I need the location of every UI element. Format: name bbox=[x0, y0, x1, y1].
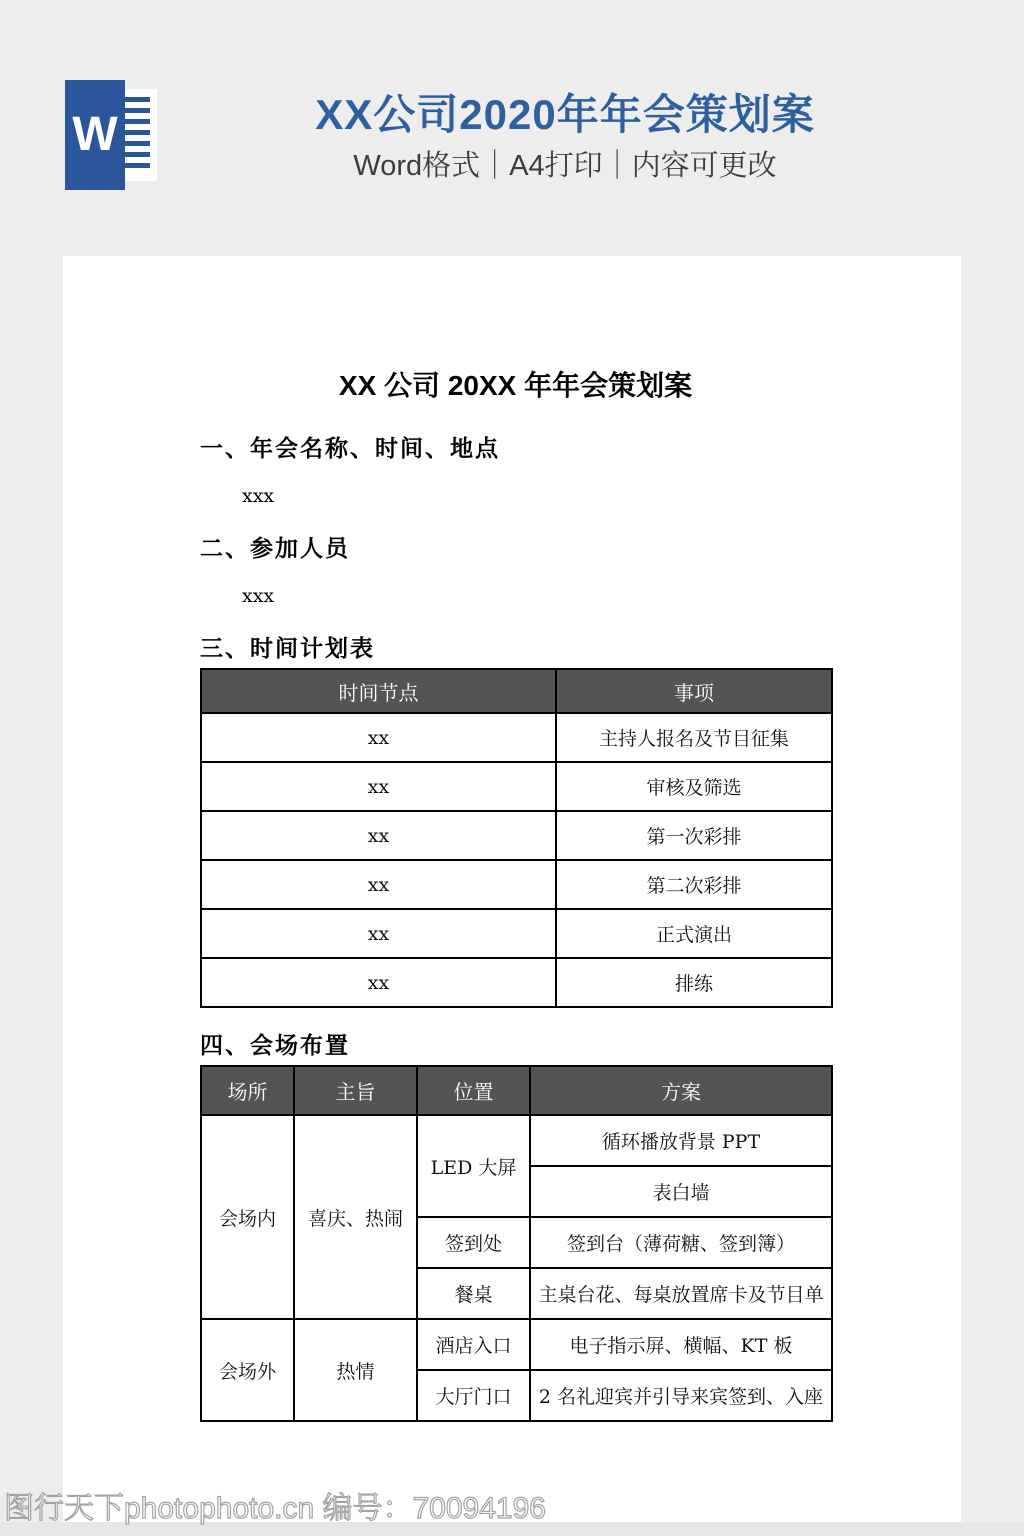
venue-header-plan: 方案 bbox=[530, 1066, 832, 1115]
table-row: xx 排练 bbox=[201, 958, 832, 1007]
venue-cell-plan: 循环播放背景 PPT bbox=[530, 1115, 832, 1166]
table-row: xx 审核及筛选 bbox=[201, 762, 832, 811]
schedule-cell: 第一次彩排 bbox=[556, 811, 832, 860]
schedule-cell: 审核及筛选 bbox=[556, 762, 832, 811]
schedule-cell: xx bbox=[201, 909, 556, 958]
section-heading-2: 二、参加人员 bbox=[200, 537, 831, 560]
venue-cell-place-outdoor: 会场外 bbox=[201, 1319, 294, 1421]
word-letter: W bbox=[72, 111, 117, 159]
table-row: xx 主持人报名及节目征集 bbox=[201, 713, 832, 762]
section-heading-1: 一、年会名称、时间、地点 bbox=[200, 437, 831, 460]
venue-table: 场所 主旨 位置 方案 会场内 喜庆、热闹 LED 大屏 循环播放背景 PPT … bbox=[200, 1065, 833, 1422]
word-blue-panel: W bbox=[65, 80, 125, 190]
template-title: XX公司2020年年会策划案 bbox=[315, 92, 814, 138]
venue-cell-plan: 主桌台花、每桌放置席卡及节目单 bbox=[530, 1268, 832, 1319]
venue-cell-location: 酒店入口 bbox=[417, 1319, 530, 1370]
venue-header-theme: 主旨 bbox=[294, 1066, 417, 1115]
venue-cell-place-indoor: 会场内 bbox=[201, 1115, 294, 1319]
schedule-cell: 排练 bbox=[556, 958, 832, 1007]
table-row: xx 正式演出 bbox=[201, 909, 832, 958]
schedule-cell: xx bbox=[201, 762, 556, 811]
venue-header-location: 位置 bbox=[417, 1066, 530, 1115]
venue-cell-theme-outdoor: 热情 bbox=[294, 1319, 417, 1421]
document-page: XX 公司 20XX 年年会策划案 一、年会名称、时间、地点 xxx 二、参加人… bbox=[63, 256, 961, 1522]
schedule-cell: 主持人报名及节目征集 bbox=[556, 713, 832, 762]
schedule-header-row: 时间节点 事项 bbox=[201, 669, 832, 713]
site-watermark: 图行天下photophoto.cn 编号：70094196 bbox=[4, 1492, 546, 1525]
venue-cell-location: 签到处 bbox=[417, 1217, 530, 1268]
site-header: W XX公司2020年年会策划案 Word格式｜A4打印｜内容可更改 bbox=[0, 0, 1024, 230]
table-row: 会场外 热情 酒店入口 电子指示屏、横幅、KT 板 bbox=[201, 1319, 832, 1370]
schedule-cell: 正式演出 bbox=[556, 909, 832, 958]
venue-header-row: 场所 主旨 位置 方案 bbox=[201, 1066, 832, 1115]
schedule-header-time: 时间节点 bbox=[201, 669, 556, 713]
schedule-cell: xx bbox=[201, 958, 556, 1007]
venue-cell-plan: 表白墙 bbox=[530, 1166, 832, 1217]
header-text-block: XX公司2020年年会策划案 Word格式｜A4打印｜内容可更改 bbox=[160, 92, 970, 183]
section-heading-3: 三、时间计划表 bbox=[200, 637, 831, 660]
template-subtitle: Word格式｜A4打印｜内容可更改 bbox=[353, 151, 776, 183]
section-heading-4: 四、会场布置 bbox=[200, 1034, 831, 1057]
venue-cell-theme-indoor: 喜庆、热闹 bbox=[294, 1115, 417, 1319]
schedule-cell: xx bbox=[201, 860, 556, 909]
schedule-cell: xx bbox=[201, 811, 556, 860]
schedule-header-item: 事项 bbox=[556, 669, 832, 713]
word-logo-icon: W bbox=[65, 80, 160, 190]
schedule-cell: 第二次彩排 bbox=[556, 860, 832, 909]
venue-cell-location: 餐桌 bbox=[417, 1268, 530, 1319]
venue-cell-location: 大厅门口 bbox=[417, 1370, 530, 1421]
venue-cell-plan: 签到台（薄荷糖、签到簿） bbox=[530, 1217, 832, 1268]
table-row: xx 第二次彩排 bbox=[201, 860, 832, 909]
venue-cell-location: LED 大屏 bbox=[417, 1115, 530, 1217]
table-row: 会场内 喜庆、热闹 LED 大屏 循环播放背景 PPT bbox=[201, 1115, 832, 1166]
table-row: xx 第一次彩排 bbox=[201, 811, 832, 860]
venue-cell-plan: 2 名礼迎宾并引导来宾签到、入座 bbox=[530, 1370, 832, 1421]
schedule-table: 时间节点 事项 xx 主持人报名及节目征集 xx 审核及筛选 xx 第一次彩排 … bbox=[200, 668, 833, 1008]
section-body-1: xxx bbox=[242, 487, 831, 506]
venue-header-place: 场所 bbox=[201, 1066, 294, 1115]
schedule-cell: xx bbox=[201, 713, 556, 762]
section-body-2: xxx bbox=[242, 587, 831, 606]
document-title: XX 公司 20XX 年年会策划案 bbox=[200, 372, 831, 400]
venue-cell-plan: 电子指示屏、横幅、KT 板 bbox=[530, 1319, 832, 1370]
